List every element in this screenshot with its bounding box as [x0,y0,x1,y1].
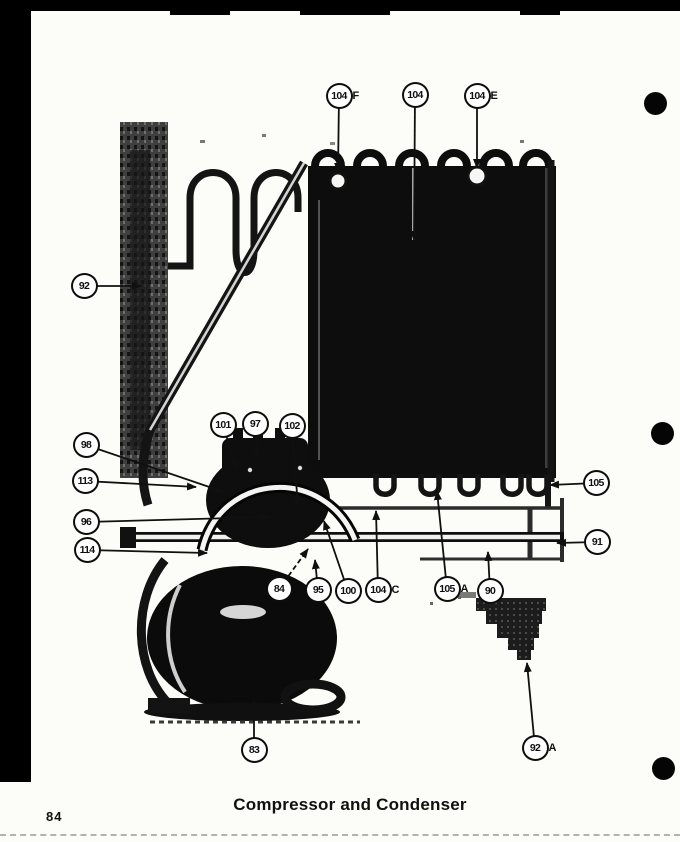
callout-104F: 104F [326,83,353,109]
callout-101: 101 [210,412,237,438]
callout-number: 104 [469,91,484,102]
callout-number: 102 [284,421,299,432]
callout-suffix: F [353,90,360,102]
callout-number: 113 [78,476,93,487]
compressor-condenser-photo [0,0,680,842]
leader-line-104 [414,95,415,240]
callout-suffix: E [491,90,498,102]
callout-96: 96 [73,509,100,535]
callout-number: 84 [274,584,284,595]
callout-92A: 92A [522,735,549,761]
callout-number: 104 [370,585,385,596]
scanned-manual-page: 104F104104E92981139611410197102849510010… [0,0,680,842]
callout-number: 90 [485,586,495,597]
callout-number: 95 [313,585,323,596]
callout-suffix: A [549,742,557,754]
callout-114: 114 [74,537,101,563]
callout-105: 105 [583,470,610,496]
callout-102: 102 [279,413,306,439]
figure-caption: Compressor and Condenser [10,795,680,815]
callout-number: 96 [81,517,91,528]
callout-number: 92 [530,743,540,754]
callout-number: 91 [592,537,602,548]
callout-number: 105 [588,478,603,489]
condenser-coil [308,166,556,478]
machine-illustration [120,122,564,722]
callout-97: 97 [242,411,269,437]
condenser-tube-bends [315,153,549,166]
dome-highlight [220,605,266,619]
callout-113: 113 [72,468,99,494]
callout-number: 101 [215,420,230,431]
callout-104: 104 [402,82,429,108]
tube-fitting-104F [330,173,346,189]
callout-92: 92 [71,273,98,299]
callout-number: 98 [81,440,91,451]
callout-105A: 105A [434,576,461,602]
callout-suffix: C [392,584,400,596]
tube-fitting-104E [468,167,486,185]
callout-95: 95 [305,577,332,603]
callout-83: 83 [241,737,268,763]
callout-84: 84 [266,576,293,602]
callout-104E: 104E [464,83,491,109]
callout-number: 104 [407,90,422,101]
callout-number: 114 [80,545,95,556]
callout-90: 90 [477,578,504,604]
callout-98: 98 [73,432,100,458]
callout-104C: 104C [365,577,392,603]
callout-number: 83 [249,745,259,756]
page-number: 84 [46,809,62,824]
leader-line-114 [87,550,207,553]
tube-end-bracket [120,527,136,548]
callout-number: 100 [340,586,355,597]
mount-foot [148,698,190,713]
serpentine-tube [168,173,298,273]
callout-91: 91 [584,529,611,555]
callout-number: 97 [250,419,260,430]
callout-number: 92 [79,281,89,292]
callout-number: 104 [331,91,346,102]
callout-suffix: A [461,583,469,595]
callout-100: 100 [335,578,362,604]
callout-number: 105 [439,584,454,595]
